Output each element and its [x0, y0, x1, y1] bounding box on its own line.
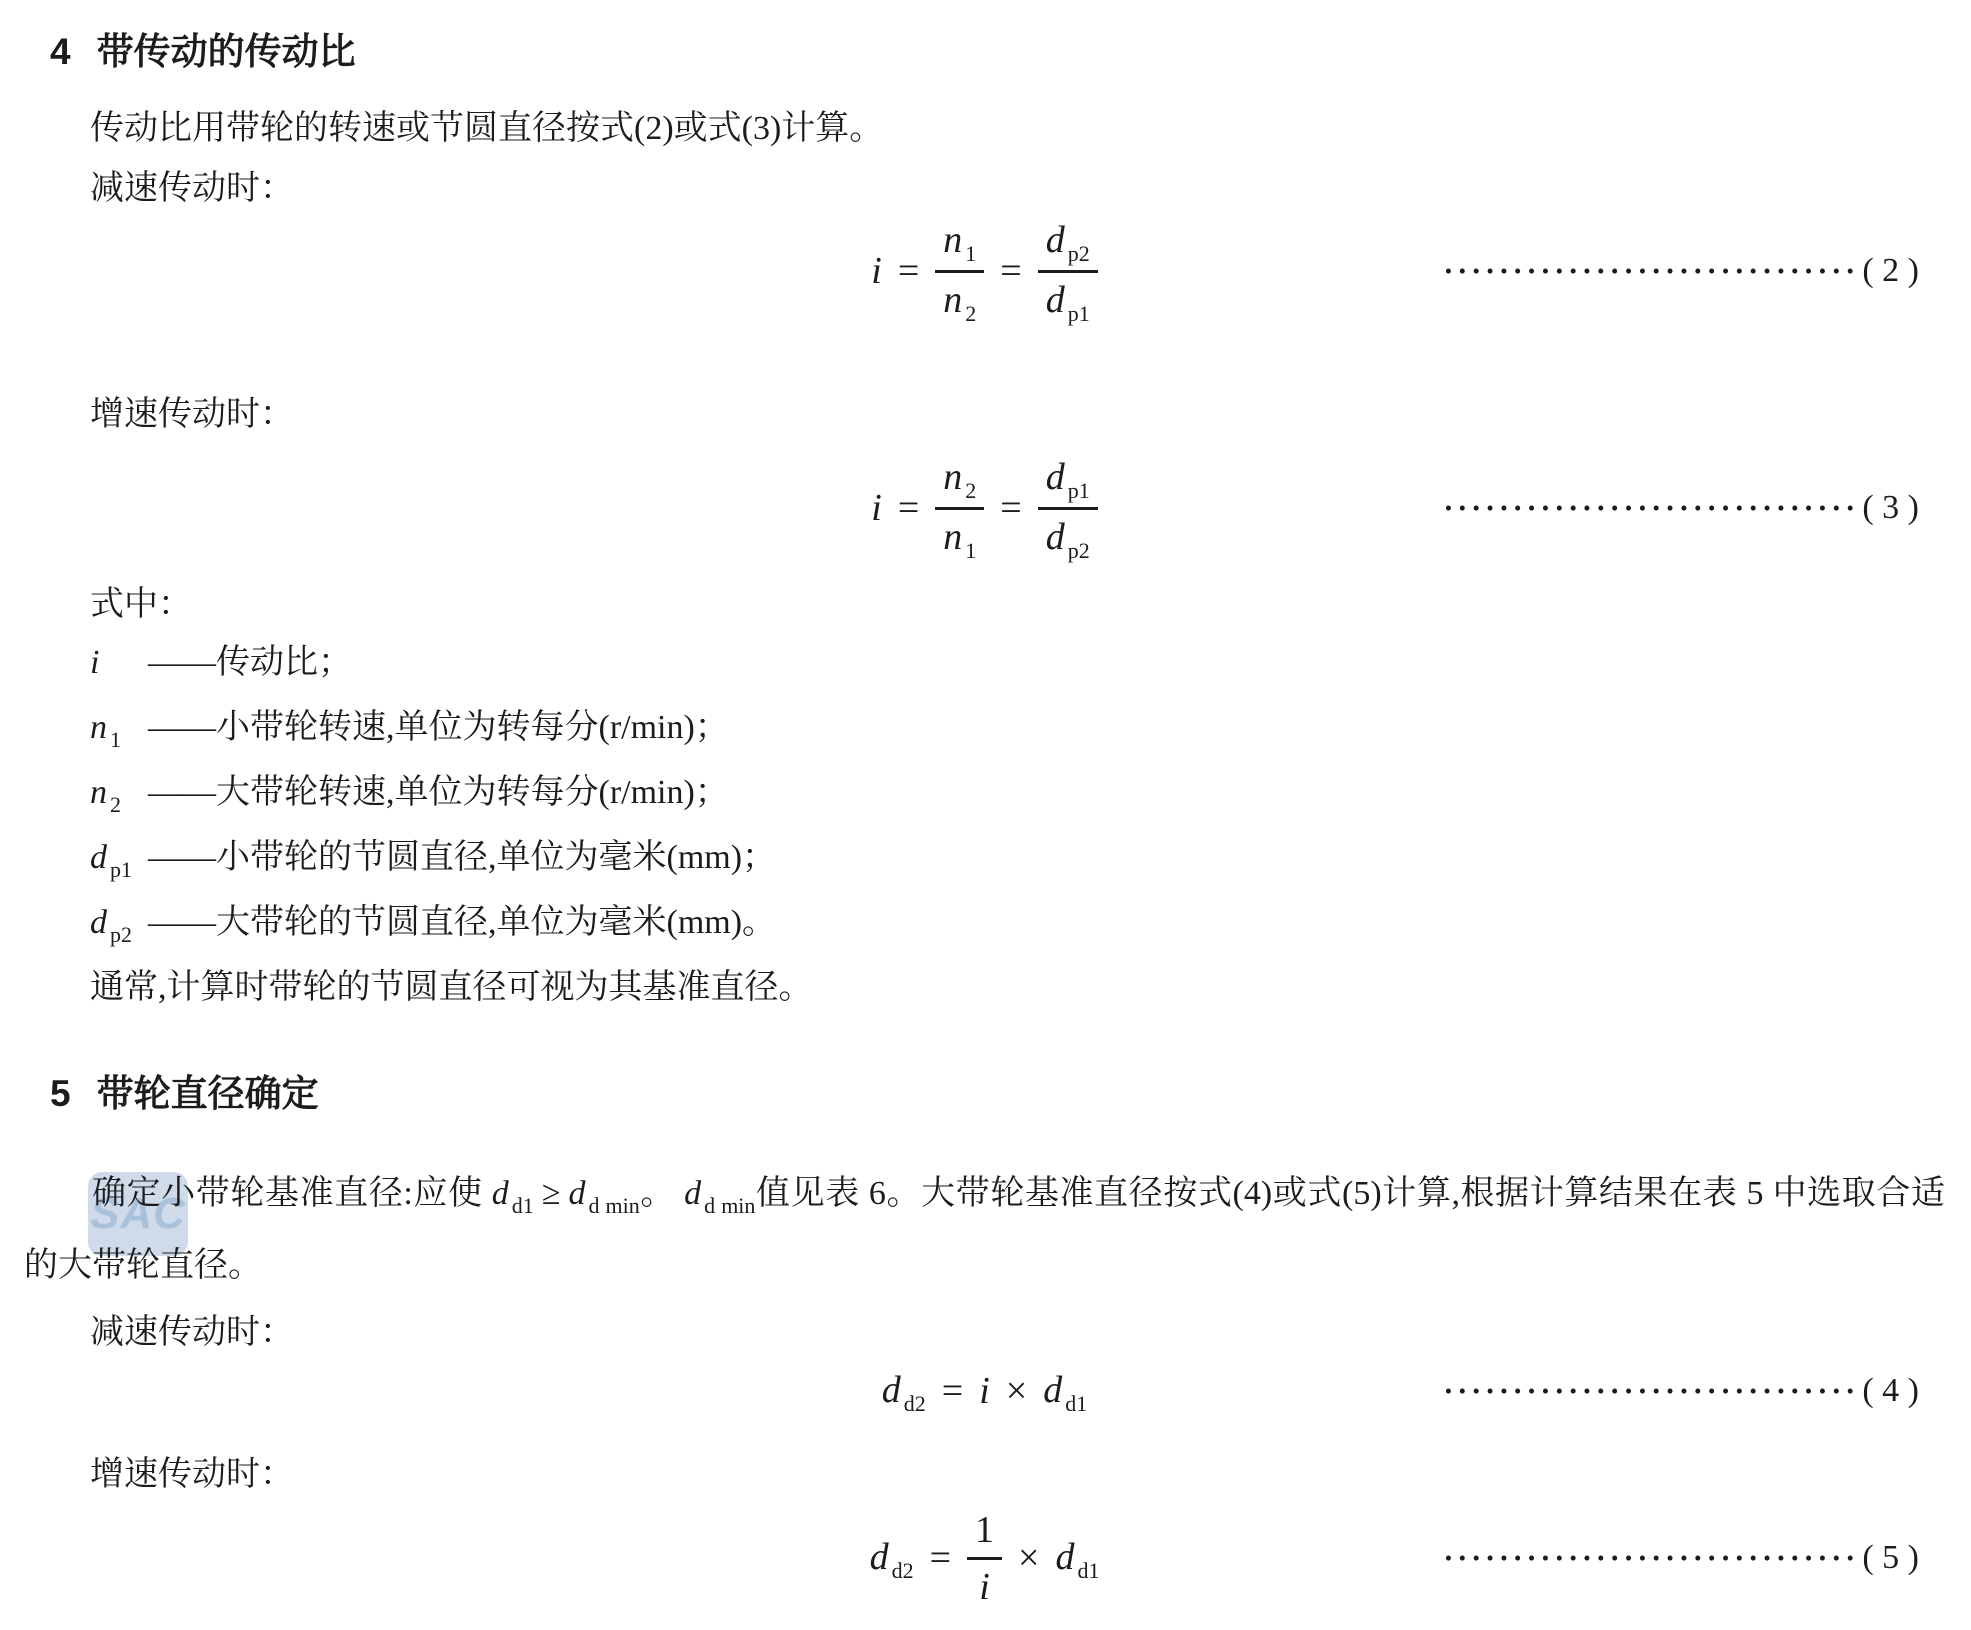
math-variable: d: [1043, 1369, 1062, 1411]
math-operator: =: [930, 1536, 951, 1580]
definition-description: ——大带轮的节圆直径,单位为毫米(mm)。: [148, 890, 776, 955]
fraction-denominator: n2: [943, 273, 976, 325]
math-variable: d: [882, 1369, 901, 1411]
subscript: d min: [588, 1193, 639, 1218]
subscript: p2: [1068, 538, 1090, 563]
equation-2-tail: •••••••••••••••••••••••••••••• ( 2 ): [1445, 252, 1919, 290]
subscript: d1: [1065, 1391, 1087, 1416]
section5-number: 5: [50, 1070, 71, 1118]
dot-leader: ••••••••••••••••••••••••••••••: [1445, 1548, 1861, 1569]
fraction-numerator: n1: [935, 218, 984, 273]
subscript: d2: [892, 1558, 914, 1583]
math-variable: n: [943, 279, 962, 321]
section5-title: 带轮直径确定: [97, 1070, 319, 1118]
math-operator: =: [942, 1369, 963, 1413]
math-variable: n: [943, 219, 962, 261]
fraction: 1 i: [967, 1508, 1002, 1609]
definition-description: ——小带轮转速,单位为转每分(r/min)；: [148, 695, 729, 760]
fraction-numerator: n2: [935, 455, 984, 510]
subscript: 1: [965, 241, 976, 266]
math-operator: =: [1000, 249, 1021, 293]
definition-term: i: [90, 630, 148, 695]
subscript: d2: [904, 1391, 926, 1416]
equation-4-number: ( 4 ): [1862, 1372, 1919, 1410]
subscript: 2: [965, 301, 976, 326]
math-variable: n: [943, 516, 962, 558]
paragraph-text: 。: [640, 1175, 684, 1212]
definition-term: n2: [90, 760, 148, 825]
math-term: dd1: [1043, 1368, 1087, 1415]
math-variable: d: [492, 1175, 509, 1212]
math-variable: n: [943, 456, 962, 498]
equation-2-row: i = n1 n2 = dp2 dp1 ••••••••••••••••••••…: [24, 216, 1945, 326]
math-term: dd2: [882, 1368, 926, 1415]
section4-increase-label: 增速传动时：: [90, 392, 1945, 438]
subscript: 2: [110, 792, 121, 817]
math-variable: i: [979, 1369, 990, 1413]
equation-5-number: ( 5 ): [1862, 1539, 1919, 1577]
equation-5-tail: •••••••••••••••••••••••••••••• ( 5 ): [1445, 1539, 1919, 1577]
equation-3-row: i = n2 n1 = dp1 dp2 ••••••••••••••••••••…: [24, 452, 1945, 564]
subscript: 2: [965, 478, 976, 503]
definition-row: n1 ——小带轮转速,单位为转每分(r/min)；: [90, 695, 1945, 760]
subscript: d1: [1077, 1558, 1099, 1583]
fraction: n2 n1: [935, 455, 984, 562]
equation-4-tail: •••••••••••••••••••••••••••••• ( 4 ): [1445, 1372, 1919, 1410]
section5-heading: 5 带轮直径确定: [50, 1070, 1945, 1118]
subscript: d min: [704, 1193, 755, 1218]
fraction-numerator: dp1: [1038, 455, 1098, 510]
math-variable: d: [1046, 219, 1065, 261]
equation-2-formula: i = n1 n2 = dp2 dp1: [871, 218, 1097, 325]
section5-increase-label: 增速传动时：: [90, 1452, 1945, 1498]
greater-equal-symbol: ≥: [534, 1175, 569, 1212]
math-variable: n: [90, 774, 107, 811]
equation-4-formula: dd2 = i × dd1: [882, 1368, 1087, 1415]
math-operator: =: [1000, 486, 1021, 530]
multiplication-sign: ×: [1006, 1369, 1027, 1413]
math-variable: d: [90, 839, 107, 876]
document-page: SAC 4 带传动的传动比 传动比用带轮的转速或节圆直径按式(2)或式(3)计算…: [0, 0, 1971, 1630]
definition-description: ——小带轮的节圆直径,单位为毫米(mm)；: [148, 825, 776, 890]
definition-row: dp1 ——小带轮的节圆直径,单位为毫米(mm)；: [90, 825, 1945, 890]
section5-reduce-label: 减速传动时：: [90, 1310, 1945, 1356]
math-variable: d: [568, 1175, 585, 1212]
fraction-denominator: n1: [943, 510, 976, 562]
section5-paragraph: 确定小带轮基准直径:应使 dd1≥dd min。 dd min值见表 6。大带轮…: [24, 1158, 1945, 1302]
section4-note: 通常,计算时带轮的节圆直径可视为其基准直径。: [90, 955, 1945, 1020]
paragraph-text: 确定小带轮基准直径:应使: [92, 1175, 492, 1212]
definition-row: dp2 ——大带轮的节圆直径,单位为毫米(mm)。: [90, 890, 1945, 955]
math-variable: d: [1055, 1536, 1074, 1578]
subscript: 1: [965, 538, 976, 563]
equation-5-row: dd2 = 1 i × dd1 ••••••••••••••••••••••••…: [24, 1498, 1945, 1618]
subscript: 1: [110, 727, 121, 752]
section4-reduce-label: 减速传动时：: [90, 166, 1945, 212]
definition-description: ——传动比；: [148, 630, 352, 695]
definition-term: dp1: [90, 825, 148, 890]
math-variable: i: [871, 249, 882, 293]
definition-term: dp2: [90, 890, 148, 955]
where-label: 式中：: [90, 580, 1945, 630]
subscript: p1: [1068, 478, 1090, 503]
fraction-numerator: dp2: [1038, 218, 1098, 273]
math-variable: d: [684, 1175, 701, 1212]
fraction: dp2 dp1: [1038, 218, 1098, 325]
fraction-denominator: i: [979, 1560, 990, 1609]
math-variable: d: [1046, 516, 1065, 558]
math-operator: =: [898, 249, 919, 293]
subscript: p1: [110, 857, 132, 882]
dot-leader: ••••••••••••••••••••••••••••••: [1445, 1381, 1861, 1402]
equation-3-formula: i = n2 n1 = dp1 dp2: [871, 455, 1097, 562]
math-term: dd2: [870, 1535, 914, 1582]
fraction-numerator: 1: [967, 1508, 1002, 1560]
math-variable: i: [90, 644, 99, 681]
dot-leader: ••••••••••••••••••••••••••••••: [1445, 498, 1861, 519]
equation-5-formula: dd2 = 1 i × dd1: [870, 1508, 1100, 1609]
math-term: dd1: [1055, 1535, 1099, 1582]
math-variable: d: [1046, 456, 1065, 498]
math-variable: d: [870, 1536, 889, 1578]
definition-row: n2 ——大带轮转速,单位为转每分(r/min)；: [90, 760, 1945, 825]
dot-leader: ••••••••••••••••••••••••••••••: [1445, 261, 1861, 282]
fraction-denominator: dp2: [1046, 510, 1090, 562]
section4-heading: 4 带传动的传动比: [50, 28, 1945, 76]
definition-term: n1: [90, 695, 148, 760]
math-operator: =: [898, 486, 919, 530]
subscript: d1: [512, 1193, 534, 1218]
section4-title: 带传动的传动比: [97, 28, 356, 76]
math-variable: n: [90, 709, 107, 746]
fraction: dp1 dp2: [1038, 455, 1098, 562]
equation-3-tail: •••••••••••••••••••••••••••••• ( 3 ): [1445, 489, 1919, 527]
math-variable: i: [871, 486, 882, 530]
math-variable: d: [90, 904, 107, 941]
subscript: p2: [1068, 241, 1090, 266]
multiplication-sign: ×: [1018, 1536, 1039, 1580]
equation-2-number: ( 2 ): [1862, 252, 1919, 290]
section4-intro: 传动比用带轮的转速或节圆直径按式(2)或式(3)计算。: [90, 106, 1945, 152]
equation-4-row: dd2 = i × dd1 ••••••••••••••••••••••••••…: [24, 1356, 1945, 1426]
math-variable: d: [1046, 279, 1065, 321]
section4-number: 4: [50, 28, 71, 76]
subscript: p1: [1068, 301, 1090, 326]
subscript: p2: [110, 922, 132, 947]
definition-description: ——大带轮转速,单位为转每分(r/min)；: [148, 760, 729, 825]
definition-row: i ——传动比；: [90, 630, 1945, 695]
equation-3-number: ( 3 ): [1862, 489, 1919, 527]
fraction-denominator: dp1: [1046, 273, 1090, 325]
fraction: n1 n2: [935, 218, 984, 325]
